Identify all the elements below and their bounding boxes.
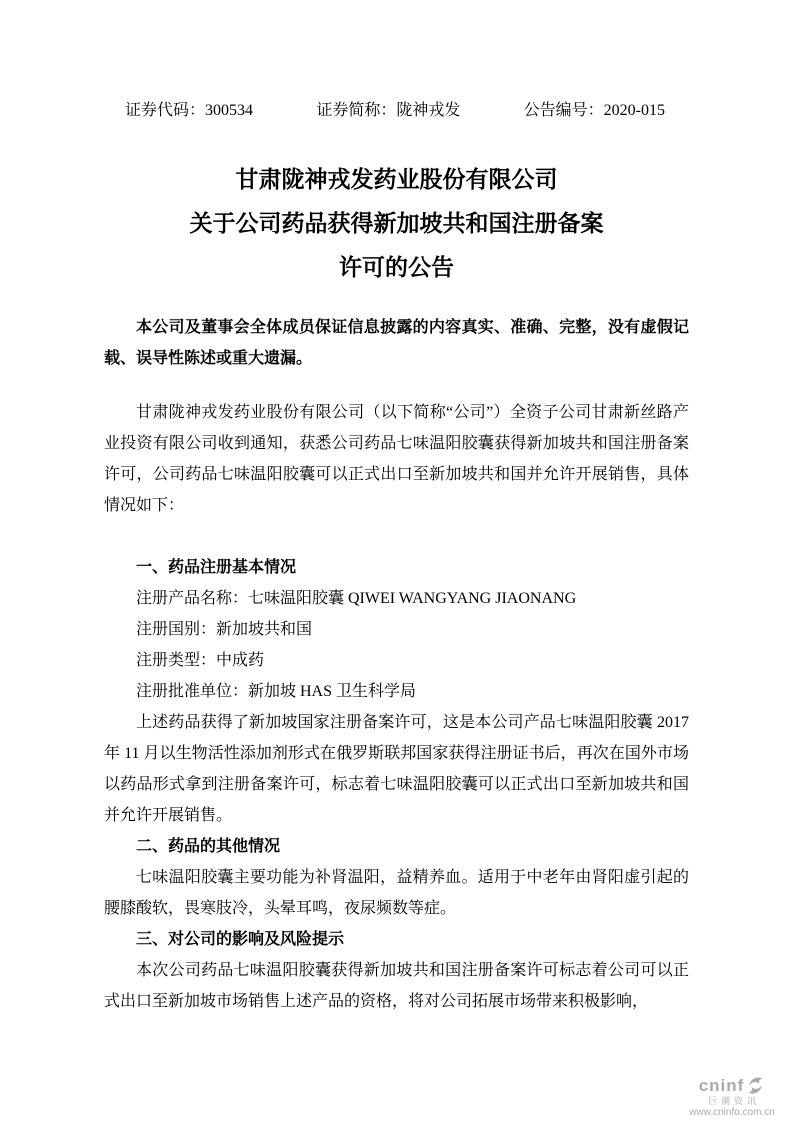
stock-name: 证券简称：陇神戎发 bbox=[316, 101, 460, 121]
intro-paragraph: 甘肃陇神戎发药业股份有限公司（以下简称“公司”）全资子公司甘肃新丝路产业投资有限… bbox=[104, 397, 689, 521]
document-body: 本公司及董事会全体成员保证信息披露的内容真实、准确、完整，没有虚假记载、误导性陈… bbox=[104, 312, 689, 1017]
cninfo-chinese-name: 巨潮资讯 bbox=[708, 1095, 760, 1107]
registration-authority: 注册批准单位：新加坡 HAS 卫生科学局 bbox=[104, 676, 689, 707]
cninfo-website-url: www.cninfo.com.cn bbox=[689, 1107, 775, 1119]
registration-country: 注册国别：新加坡共和国 bbox=[104, 614, 689, 645]
title-line-1: 甘肃陇神戎发药业股份有限公司 bbox=[0, 158, 793, 202]
disclaimer-paragraph: 本公司及董事会全体成员保证信息披露的内容真实、准确、完整，没有虚假记载、误导性陈… bbox=[104, 312, 689, 374]
section-3-paragraph: 本次公司药品七味温阳胶囊获得新加坡共和国注册备案许可标志着公司可以正式出口至新加… bbox=[104, 955, 689, 1017]
document-title: 甘肃陇神戎发药业股份有限公司 关于公司药品获得新加坡共和国注册备案 许可的公告 bbox=[0, 158, 793, 290]
section-1-paragraph: 上述药品获得了新加坡国家注册备案许可，这是本公司产品七味温阳胶囊 2017 年 … bbox=[104, 707, 689, 831]
cninfo-swirl-icon bbox=[746, 1076, 765, 1095]
section-1-heading: 一、药品注册基本情况 bbox=[104, 552, 689, 583]
section-2-heading: 二、药品的其他情况 bbox=[104, 831, 689, 862]
section-3-heading: 三、对公司的影响及风险提示 bbox=[104, 924, 689, 955]
registration-product-name: 注册产品名称：七味温阳胶囊 QIWEI WANGYANG JIAONANG bbox=[104, 583, 689, 614]
section-2-paragraph: 七味温阳胶囊主要功能为补肾温阳，益精养血。适用于中老年由肾阳虚引起的腰膝酸软，畏… bbox=[104, 862, 689, 924]
announcement-page: 证券代码：300534 证券简称：陇神戎发 公告编号：2020-015 甘肃陇神… bbox=[0, 0, 793, 1122]
cninfo-logo-text: cninf bbox=[699, 1077, 745, 1095]
stock-code: 证券代码：300534 bbox=[125, 101, 253, 121]
title-line-2: 关于公司药品获得新加坡共和国注册备案 bbox=[0, 202, 793, 246]
cninfo-logo-row: cninf bbox=[699, 1076, 766, 1095]
announcement-number: 公告编号：2020-015 bbox=[524, 101, 665, 121]
cninfo-watermark: cninf 巨潮资讯 www.cninfo.com.cn bbox=[677, 1076, 787, 1119]
title-line-3: 许可的公告 bbox=[0, 246, 793, 290]
header-row: 证券代码：300534 证券简称：陇神戎发 公告编号：2020-015 bbox=[125, 101, 665, 121]
registration-type: 注册类型：中成药 bbox=[104, 645, 689, 676]
